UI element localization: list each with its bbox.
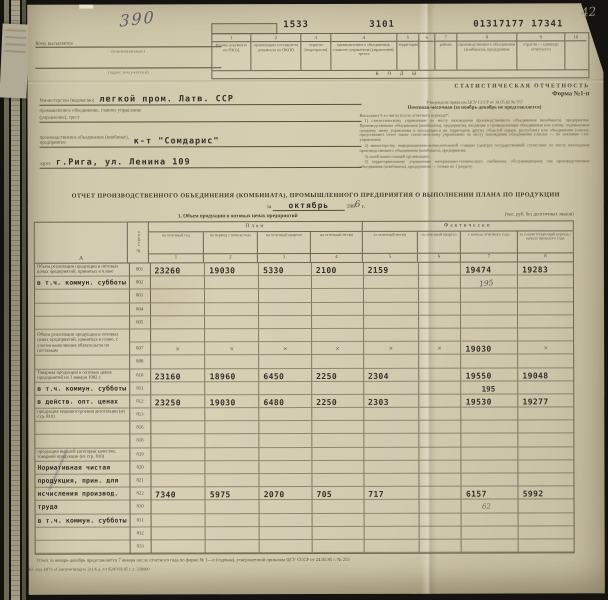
- value-cell: [363, 329, 418, 342]
- table-row: 818: [35, 434, 573, 449]
- column-header: за отчетный квартал: [417, 231, 460, 253]
- value-cell: [259, 461, 312, 474]
- value-cell: [418, 513, 461, 526]
- row-label: продукция высшей категории качества, тов…: [37, 448, 127, 460]
- cell-value: 2159: [364, 263, 418, 275]
- row-code: 803: [129, 290, 151, 303]
- value-cell: [204, 303, 258, 316]
- value-cell: 19530: [461, 394, 518, 407]
- value-cell: [518, 460, 574, 473]
- row-code: 812: [129, 395, 151, 408]
- value-cell: 7340: [151, 487, 205, 500]
- row-label-cell: продукция высшей категории качества, тов…: [35, 448, 129, 461]
- cell-value: 23160: [151, 369, 205, 381]
- enterprise-field: производственное объединение (комбинат),…: [40, 128, 362, 148]
- value-cell: 195: [461, 381, 518, 394]
- table-row: 833: [36, 539, 574, 554]
- value-cell: [517, 381, 573, 394]
- column-number: 6: [417, 254, 460, 262]
- value-cell: [461, 539, 518, 552]
- value-cell: [418, 474, 461, 487]
- row-label-cell: [35, 316, 129, 329]
- dispatch-line: Кому высылается: [35, 34, 221, 47]
- value-cell: [205, 461, 259, 474]
- value-cell: [518, 513, 574, 526]
- row-code: 833: [129, 540, 151, 553]
- ministry-value: легкой пром. Латв. ССР: [99, 94, 234, 104]
- value-cell: [363, 513, 418, 526]
- handwritten-page-number: 390: [119, 7, 156, 31]
- value-cell: [363, 474, 418, 487]
- value-cell: 19048: [517, 368, 573, 381]
- value-cell: 2250: [311, 368, 363, 381]
- table-row: 816: [35, 421, 573, 436]
- row-code: 808: [129, 356, 151, 369]
- table-row: продукция высшей категории качества, тов…: [35, 447, 573, 462]
- enterprise-value: к-т "Сомдарис": [134, 136, 220, 146]
- value-cell: 705: [311, 487, 363, 500]
- value-cell: [461, 513, 518, 526]
- row-label-cell: [35, 422, 129, 435]
- table-row: в действ. опт. ценах81223250190306480225…: [35, 394, 573, 409]
- form-meta-block: СТАТИСТИЧЕСКАЯ ОТЧЕТНОСТЬ Форма №1-п Утв…: [359, 83, 589, 170]
- cell-value: 7340: [151, 487, 205, 499]
- value-cell: [311, 289, 363, 302]
- cell-value: 2250: [312, 368, 363, 380]
- label-column-header: А: [35, 222, 127, 262]
- row-label: Нормативная чистая: [37, 461, 127, 474]
- dispatch-block: Кому высылается (наименование) (адрес по…: [35, 34, 221, 74]
- value-cell: [151, 382, 205, 395]
- row-code: 810: [129, 369, 151, 382]
- row-label-cell: в действ. опт. ценах: [35, 395, 129, 408]
- typed-code-value: 3101: [369, 20, 395, 30]
- value-cell: [461, 421, 518, 434]
- code-column: 10: [564, 33, 586, 69]
- row-code: 805: [129, 316, 151, 329]
- address-value: г.Рига, ул. Ленина 109: [56, 157, 191, 167]
- x-mark: ×: [312, 342, 363, 353]
- union-label-line2: (управление), трест: [40, 115, 85, 121]
- table-row: в т.ч. коммун. субботы811195: [35, 381, 573, 396]
- line-no-column-header: № строки: [127, 222, 149, 262]
- value-cell: 19030: [204, 263, 258, 276]
- cell-value: 2250: [312, 395, 363, 407]
- cell-value: 19550: [462, 368, 518, 380]
- row-label-cell: продукция машиностроения автосекции (из …: [35, 409, 129, 422]
- cell-value: 19283: [518, 262, 573, 274]
- value-cell: [311, 421, 363, 434]
- codes-caption: КОДЫ: [212, 69, 588, 78]
- value-cell: [418, 329, 461, 342]
- value-cell: [363, 526, 418, 539]
- value-cell: [311, 302, 363, 315]
- value-cell: [461, 460, 518, 473]
- approved-by-line: Утверждена приказом ЦСУ СССР от 10.05.82…: [359, 99, 589, 105]
- value-cell: [363, 355, 418, 368]
- row-label: в действ. опт. ценах: [37, 395, 127, 408]
- cell-value: 6450: [259, 369, 311, 381]
- row-code: [129, 329, 151, 342]
- value-cell: [204, 290, 258, 303]
- value-cell: [461, 473, 518, 486]
- value-cell: [418, 276, 461, 289]
- value-cell: [460, 289, 517, 302]
- value-cell: [363, 276, 418, 289]
- value-cell: [259, 514, 312, 527]
- union-line: (управление), трест: [40, 113, 362, 123]
- row-label-cell: труда: [36, 501, 130, 514]
- year-printed: 198: [347, 204, 355, 210]
- units-note: (тыс. руб. без десятичных знаков): [368, 212, 574, 218]
- value-cell: 2159: [363, 263, 418, 276]
- value-cell: 19283: [517, 262, 573, 275]
- column-number: 5: [362, 254, 417, 262]
- column-number: 4: [310, 254, 362, 262]
- value-cell: ×: [151, 342, 205, 355]
- value-cell: [518, 526, 574, 539]
- value-cell: [363, 500, 418, 513]
- cell-value: 19530: [462, 394, 518, 406]
- value-cell: [258, 382, 311, 395]
- row-code: 804: [129, 303, 151, 316]
- value-cell: [518, 500, 574, 513]
- value-cell: [517, 407, 573, 420]
- value-cell: [205, 435, 259, 448]
- value-cell: [418, 289, 461, 302]
- value-cell: [312, 527, 364, 540]
- handwritten-year-digit: 6: [355, 200, 361, 210]
- cell-value: 2303: [364, 395, 418, 407]
- value-cell: [259, 500, 312, 513]
- row-label-cell: [35, 356, 129, 369]
- typed-code-value: 1533: [283, 20, 309, 30]
- value-cell: [363, 408, 418, 421]
- cell-value: 5975: [206, 487, 259, 499]
- row-code: 821: [129, 474, 151, 487]
- value-cell: [363, 540, 418, 553]
- value-cell: [151, 290, 205, 303]
- column-header: на период с начала года: [203, 232, 257, 254]
- value-cell: [460, 328, 517, 341]
- value-cell: [205, 421, 259, 434]
- section-title: 1. Объем продукции в оптовых ценах предп…: [88, 213, 388, 220]
- value-cell: [151, 474, 205, 487]
- torn-paper-fragment: [0, 23, 30, 98]
- value-cell: [518, 539, 574, 552]
- row-code: 816: [129, 422, 151, 435]
- value-cell: [258, 408, 311, 421]
- row-code: 802: [129, 277, 151, 290]
- value-cell: [151, 435, 205, 448]
- value-cell: [461, 447, 518, 460]
- cell-value: 6157: [462, 487, 518, 499]
- value-cell: 5992: [518, 487, 574, 500]
- cell-value: 18960: [206, 369, 259, 381]
- row-label-cell: [35, 290, 129, 303]
- value-cell: [417, 263, 460, 276]
- row-code: 811: [129, 382, 151, 395]
- value-cell: [418, 421, 461, 434]
- value-cell: [460, 315, 517, 328]
- value-cell: [517, 355, 573, 368]
- row-code: 822: [129, 488, 151, 501]
- value-cell: 2304: [363, 368, 418, 381]
- value-cell: [151, 276, 205, 289]
- cell-value: 62: [462, 500, 518, 511]
- value-cell: [311, 461, 363, 474]
- x-mark: ×: [518, 341, 573, 352]
- row-code: 813: [129, 408, 151, 421]
- value-cell: [418, 408, 461, 421]
- value-cell: [205, 540, 259, 553]
- value-cell: 5330: [258, 263, 311, 276]
- row-label-cell: Нормативная чистая: [35, 461, 129, 474]
- code-columns-table: 1формы документа по ОКУД2организации-сос…: [211, 32, 589, 79]
- ministry-field: Министерство (ведомство) легкой пром. Ла…: [39, 88, 361, 106]
- table-row: продукция машиностроения автосекции (из …: [35, 407, 573, 422]
- value-cell: ×: [258, 342, 311, 355]
- value-cell: [259, 540, 312, 553]
- row-label-cell: в т.ч. коммун. субботы: [35, 382, 129, 395]
- value-cell: ×: [418, 342, 461, 355]
- value-cell: [518, 473, 574, 486]
- value-cell: [151, 461, 205, 474]
- row-code: 820: [129, 461, 151, 474]
- cell-value: 2304: [364, 368, 418, 380]
- value-cell: [418, 368, 461, 381]
- value-cell: [205, 382, 259, 395]
- code-column: 8производственного объединения (комбинат…: [456, 33, 516, 69]
- value-cell: [363, 315, 418, 328]
- row-code: 818: [129, 435, 151, 448]
- value-cell: [312, 513, 364, 526]
- code-column: 6: [418, 34, 434, 70]
- value-cell: [418, 434, 461, 447]
- value-cell: [205, 408, 259, 421]
- enterprise-label: производственное объединение (комбинат),…: [40, 135, 134, 147]
- value-cell: [311, 434, 363, 447]
- column-number: 1: [149, 254, 203, 262]
- value-cell: 19277: [517, 394, 573, 407]
- typed-code-value: 17341: [531, 19, 563, 29]
- value-cell: [363, 434, 418, 447]
- group-header-fact: Фактически: [362, 221, 573, 231]
- value-cell: [363, 447, 418, 460]
- typed-code-values: 153331010131717717341: [211, 19, 589, 20]
- column-header: за отчетный месяц: [362, 231, 417, 253]
- value-cell: [311, 276, 363, 289]
- value-cell: [418, 447, 461, 460]
- value-cell: [518, 421, 574, 434]
- report-paper: 390 Кому высылается (наименование) (адре…: [27, 3, 605, 595]
- value-cell: 717: [363, 487, 418, 500]
- value-cell: [151, 422, 205, 435]
- value-cell: [205, 501, 259, 514]
- period-month-value: октябрь: [273, 201, 346, 211]
- code-column: 1формы документа по ОКУД: [212, 34, 250, 70]
- value-cell: [517, 302, 573, 315]
- value-cell: [259, 434, 312, 447]
- value-cell: 23260: [150, 263, 204, 276]
- row-label: в т.ч. коммун. субботы: [37, 277, 127, 290]
- cell-value: 705: [312, 487, 363, 499]
- value-cell: [205, 527, 259, 540]
- value-cell: [363, 289, 418, 302]
- value-cell: [151, 303, 205, 316]
- value-cell: 6480: [258, 395, 311, 408]
- row-label: труда: [38, 501, 128, 514]
- column-header: на отчетный год: [149, 232, 203, 254]
- table-row: 808: [35, 355, 573, 370]
- value-cell: [311, 329, 363, 342]
- instruction-line: 2) министерству, информационно-вычислите…: [360, 143, 590, 153]
- code-column: 7района: [434, 34, 456, 70]
- code-column: 5территории: [396, 34, 418, 70]
- value-cell: [418, 381, 461, 394]
- value-cell: 195: [460, 276, 517, 289]
- value-cell: [258, 303, 311, 316]
- row-code: 801: [129, 263, 151, 276]
- value-cell: ×: [363, 342, 418, 355]
- value-cell: [461, 434, 518, 447]
- cell-value: 19048: [518, 368, 573, 380]
- value-cell: 62: [461, 500, 518, 513]
- row-code: 832: [129, 527, 151, 540]
- ministry-label: Министерство (ведомство): [39, 98, 99, 104]
- value-cell: [517, 289, 573, 302]
- value-cell: [258, 329, 311, 342]
- value-cell: 23250: [151, 395, 205, 408]
- code-header-table: 153331010131717717341 1формы документа п…: [211, 19, 589, 82]
- table-row: Нормативная чистая820: [35, 460, 573, 475]
- cell-value: 23250: [151, 395, 205, 407]
- paper-edge-highlight: [79, 5, 93, 9]
- value-cell: [363, 421, 418, 434]
- value-cell: [461, 408, 518, 421]
- value-cell: [204, 329, 258, 342]
- value-cell: [205, 474, 259, 487]
- table-row: в т.ч. коммун. субботы802195: [35, 276, 573, 291]
- x-mark: ×: [151, 342, 205, 353]
- row-label: в т.ч. коммун. субботы: [37, 382, 127, 395]
- instruction-line: 4) территориальному управлению материаль…: [360, 160, 590, 170]
- code-column: 2организации-составителя документа по ОК…: [250, 34, 300, 70]
- typed-code-value: 01317177: [473, 19, 524, 29]
- value-cell: 6157: [461, 487, 518, 500]
- value-cell: [151, 527, 205, 540]
- value-cell: [517, 328, 573, 341]
- value-cell: [461, 526, 518, 539]
- value-cell: ×: [517, 341, 573, 354]
- value-cell: [363, 381, 418, 394]
- table-row: 803: [35, 289, 573, 304]
- report-period-line: за октябрь 1986 г.: [28, 200, 604, 212]
- value-cell: [204, 276, 258, 289]
- column-number: 7: [460, 254, 517, 262]
- production-plan-table: А№ строкиПланФактическина отчетный годна…: [34, 220, 575, 555]
- row-label-cell: [35, 303, 129, 316]
- row-code: 830: [129, 501, 151, 514]
- cell-value: 19277: [518, 394, 573, 406]
- year-suffix: г.: [362, 204, 365, 210]
- value-cell: 6450: [258, 369, 311, 382]
- row-label-cell: в т.ч. коммун. субботы: [36, 514, 130, 527]
- x-mark: ×: [419, 342, 461, 353]
- value-cell: [151, 316, 205, 329]
- x-mark: ×: [364, 342, 418, 353]
- value-cell: ×: [311, 342, 363, 355]
- table-header: А№ строкиПланФактическина отчетный годна…: [35, 221, 573, 263]
- value-cell: [311, 316, 363, 329]
- table-row: Объем реализации продукции в оптовых цен…: [35, 328, 573, 343]
- table-row: 805: [35, 315, 573, 330]
- handwritten-corner-number: 42: [580, 4, 596, 19]
- value-cell: 19030: [461, 342, 518, 355]
- row-label: в т.ч. коммун. субботы: [38, 514, 128, 527]
- value-cell: [259, 474, 312, 487]
- row-label-cell: Объем реализации продукции в оптовых цен…: [35, 329, 129, 342]
- value-cell: [151, 514, 205, 527]
- value-cell: [258, 276, 311, 289]
- value-cell: [418, 394, 461, 407]
- value-cell: [418, 460, 461, 473]
- union-field: промышленное объединение, главное управл…: [40, 108, 362, 123]
- row-code: 831: [129, 514, 151, 527]
- group-header-plan: План: [149, 222, 362, 232]
- value-cell: [151, 501, 205, 514]
- dispatch-address-caption: (адрес получателя): [35, 69, 221, 74]
- row-label-cell: [36, 540, 130, 553]
- value-cell: [363, 302, 418, 315]
- table-row: продукция, прин. для821: [35, 473, 573, 488]
- column-header: с начала отчетного года: [460, 231, 517, 253]
- row-label: Товарная продукция в оптовых ценах предп…: [37, 369, 127, 381]
- value-cell: [258, 421, 311, 434]
- value-cell: [518, 434, 574, 447]
- address-field: адрес г.Рига, ул. Ленина 109: [40, 151, 362, 169]
- row-label-cell: [35, 435, 129, 448]
- table-row: 804: [35, 302, 573, 317]
- submission-instructions: 1) статистическому управлению по месту н…: [360, 118, 590, 170]
- value-cell: [418, 487, 461, 500]
- column-header: за соответствующий период с начала прошл…: [517, 231, 573, 253]
- value-cell: [418, 302, 461, 315]
- value-cell: [363, 461, 418, 474]
- instruction-line: 1) статистическому управлению по месту н…: [360, 118, 590, 143]
- row-code: 807: [129, 343, 151, 356]
- row-label: продукция машиностроения автосекции (из …: [37, 409, 127, 421]
- value-cell: 2070: [259, 487, 312, 500]
- cell-value: 5330: [259, 263, 311, 275]
- form-number: Форма №1-п: [359, 90, 589, 98]
- cell-value: 6480: [259, 395, 311, 407]
- row-label-cell: Товарная продукция в оптовых ценах предп…: [35, 369, 129, 382]
- value-cell: [418, 526, 461, 539]
- value-cell: [259, 448, 312, 461]
- value-cell: 2250: [311, 395, 363, 408]
- value-cell: [258, 355, 311, 368]
- cell-value: 19030: [205, 263, 258, 275]
- value-cell: [151, 408, 205, 421]
- x-mark: ×: [259, 342, 311, 353]
- value-cell: [151, 356, 205, 369]
- report-title: ОТЧЕТ ПРОИЗВОДСТВЕННОГО ОБЪЕДИНЕНИЯ (КОМ…: [38, 191, 594, 199]
- code-column: 4промышленного объединения, главного упр…: [330, 34, 396, 70]
- dispatch-line: [35, 53, 221, 68]
- cell-value: 19030: [462, 342, 518, 354]
- x-mark: ×: [205, 342, 258, 353]
